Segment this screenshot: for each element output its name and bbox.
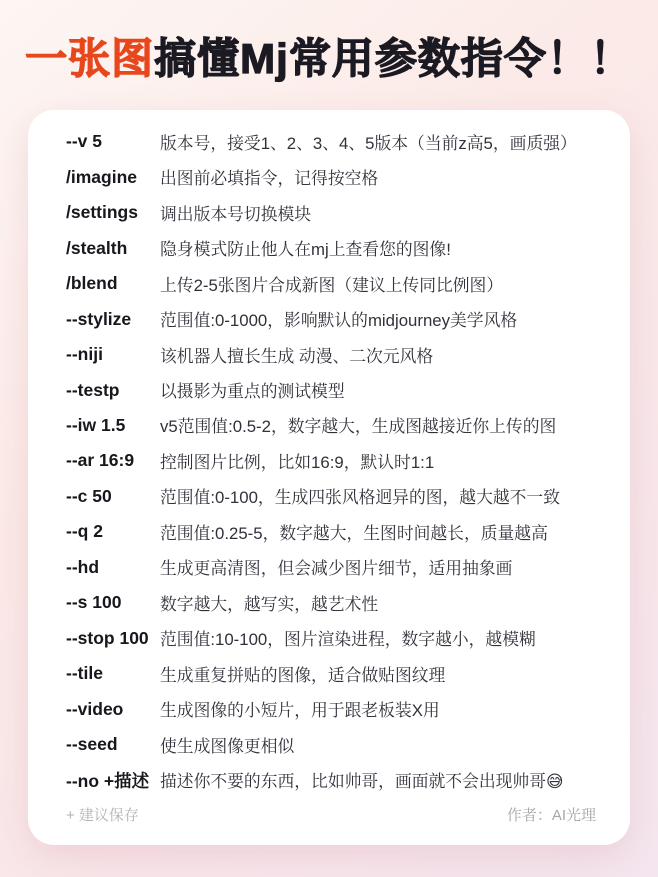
- command-label: --tile: [48, 663, 160, 684]
- command-description: 生成图像的小短片，用于跟老板装X用: [160, 697, 610, 721]
- command-description: v5范围值:0.5-2，数字越大，生成图越接近你上传的图: [160, 413, 610, 437]
- command-label: /settings: [48, 202, 160, 223]
- command-description: 出图前必填指令，记得按空格: [160, 165, 610, 189]
- command-description: 范围值:0-100，生成四张风格迥异的图，越大越不一致: [160, 484, 610, 508]
- command-description: 以摄影为重点的测试模型: [160, 378, 610, 402]
- command-row: --testp 以摄影为重点的测试模型: [48, 372, 610, 407]
- command-label: --ar 16:9: [48, 450, 160, 471]
- command-description: 隐身模式防止他人在mj上查看您的图像!: [160, 236, 610, 260]
- command-description: 该机器人擅长生成 动漫、二次元风格: [160, 343, 610, 367]
- command-label: --v 5: [48, 131, 160, 152]
- command-label: --testp: [48, 380, 160, 401]
- command-label: --no +描述: [48, 768, 160, 793]
- command-row: --s 100 数字越大，越写实，越艺术性: [48, 585, 610, 620]
- command-row: /stealth 隐身模式防止他人在mj上查看您的图像!: [48, 230, 610, 265]
- command-description: 生成重复拼贴的图像，适合做贴图纹理: [160, 662, 610, 686]
- command-label: --c 50: [48, 486, 160, 507]
- command-label: --video: [48, 699, 160, 720]
- content-card: --v 5 版本号，接受1、2、3、4、5版本（当前z高5，画质强） /imag…: [28, 110, 630, 845]
- command-row: /blend 上传2-5张图片合成新图（建议上传同比例图）: [48, 266, 610, 301]
- command-description: 数字越大，越写实，越艺术性: [160, 591, 610, 615]
- save-hint: + 建议保存: [66, 804, 139, 825]
- command-description: 使生成图像更相似: [160, 733, 610, 757]
- command-row: --tile 生成重复拼贴的图像，适合做贴图纹理: [48, 656, 610, 691]
- command-row: --video 生成图像的小短片，用于跟老板装X用: [48, 692, 610, 727]
- command-row: --niji 该机器人擅长生成 动漫、二次元风格: [48, 337, 610, 372]
- command-row: --c 50 范围值:0-100，生成四张风格迥异的图，越大越不一致: [48, 479, 610, 514]
- command-label: --s 100: [48, 592, 160, 613]
- command-label: --seed: [48, 734, 160, 755]
- title-highlight: 一张图: [25, 35, 154, 82]
- command-description: 范围值:10-100，图片渲染进程，数字越小，越模糊: [160, 626, 610, 650]
- command-description: 范围值:0-1000，影响默认的midjourney美学风格: [160, 307, 610, 331]
- command-label: --iw 1.5: [48, 415, 160, 436]
- command-label: --q 2: [48, 521, 160, 542]
- command-row: --seed 使生成图像更相似: [48, 727, 610, 762]
- command-row: --iw 1.5 v5范围值:0.5-2，数字越大，生成图越接近你上传的图: [48, 408, 610, 443]
- command-list: --v 5 版本号，接受1、2、3、4、5版本（当前z高5，画质强） /imag…: [48, 124, 610, 798]
- command-row: --stylize 范围值:0-1000，影响默认的midjourney美学风格: [48, 301, 610, 336]
- command-label: --stop 100: [48, 628, 160, 649]
- command-description: 调出版本号切换模块: [160, 201, 610, 225]
- command-label: --hd: [48, 557, 160, 578]
- command-label: /blend: [48, 273, 160, 294]
- command-row: --stop 100 范围值:10-100，图片渲染进程，数字越小，越模糊: [48, 621, 610, 656]
- command-label: /imagine: [48, 167, 160, 188]
- command-label: --niji: [48, 344, 160, 365]
- command-description: 描述你不要的东西，比如帅哥，画面就不会出现帅哥😅: [160, 768, 610, 792]
- command-row: --v 5 版本号，接受1、2、3、4、5版本（当前z高5，画质强）: [48, 124, 610, 159]
- author-credit: 作者：AI光理: [507, 804, 596, 825]
- command-label: --stylize: [48, 309, 160, 330]
- command-row: --no +描述 描述你不要的东西，比如帅哥，画面就不会出现帅哥😅: [48, 762, 610, 797]
- command-description: 控制图片比例，比如16:9，默认时1:1: [160, 449, 610, 473]
- command-row: /settings 调出版本号切换模块: [48, 195, 610, 230]
- mj-parameters-infographic: 一张图搞懂Mj常用参数指令！！ --v 5 版本号，接受1、2、3、4、5版本（…: [0, 0, 658, 877]
- title-rest: 搞懂Mj常用参数指令！！: [154, 35, 633, 82]
- command-description: 范围值:0.25-5，数字越大，生图时间越长，质量越高: [160, 520, 610, 544]
- command-description: 生成更高清图，但会减少图片细节，适用抽象画: [160, 555, 610, 579]
- command-label: /stealth: [48, 238, 160, 259]
- command-row: /imagine 出图前必填指令，记得按空格: [48, 160, 610, 195]
- command-description: 版本号，接受1、2、3、4、5版本（当前z高5，画质强）: [160, 130, 610, 154]
- command-description: 上传2-5张图片合成新图（建议上传同比例图）: [160, 272, 610, 296]
- command-row: --q 2 范围值:0.25-5，数字越大，生图时间越长，质量越高: [48, 514, 610, 549]
- card-footer: + 建议保存 作者：AI光理: [48, 798, 610, 829]
- command-row: --ar 16:9 控制图片比例，比如16:9，默认时1:1: [48, 443, 610, 478]
- page-title: 一张图搞懂Mj常用参数指令！！: [0, 26, 658, 86]
- command-row: --hd 生成更高清图，但会减少图片细节，适用抽象画: [48, 550, 610, 585]
